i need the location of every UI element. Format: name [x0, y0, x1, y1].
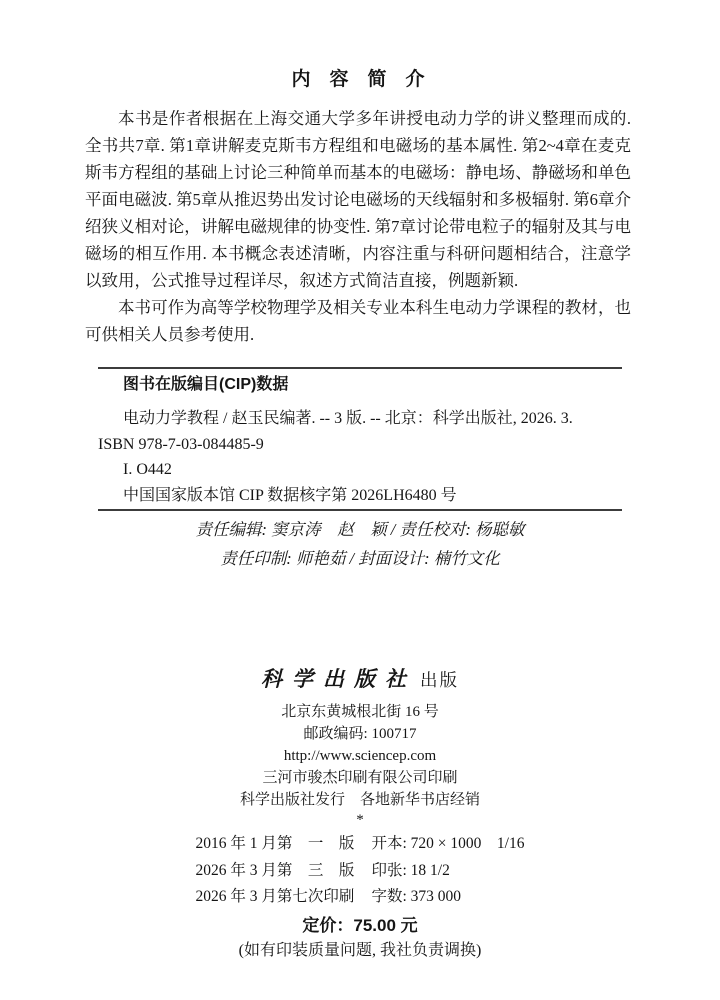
content-summary-paragraph: 本书是作者根据在上海交通大学多年讲授电动力学的讲义整理而成的. 全书共7章. 第…	[85, 105, 631, 294]
staff-credits-line-editors: 责任编辑: 窦京涛 赵 颖 / 责任校对: 杨聪敏	[0, 516, 720, 545]
cip-heading: 图书在版编目(CIP)数据	[98, 375, 622, 395]
colophon-section: 科学出版社 出版 北京东黄城根北街 16 号 邮政编码: 100717 http…	[0, 664, 720, 964]
isbn-number: ISBN 978-7-03-084485-9	[98, 432, 622, 458]
publisher-line: 科学出版社 出版	[0, 664, 720, 697]
edition-spec: 字数: 373 000	[372, 888, 462, 905]
cip-entry: 电动力学教程 / 赵玉民编著. -- 3 版. -- 北京：科学出版社, 202…	[98, 406, 622, 432]
content-summary-title: 内容简介	[85, 64, 631, 91]
star-divider: *	[0, 811, 720, 830]
edition-row: 2026 年 3 月第 三 版印张: 18 1/2	[196, 858, 525, 885]
publisher-logotype: 科学出版社	[261, 667, 416, 691]
distribution-line: 科学出版社发行 各地新华书店经销	[0, 789, 720, 811]
publish-label: 出版	[420, 670, 459, 690]
cip-record-number: 中国国家版本馆 CIP 数据核字第 2026LH6480 号	[98, 483, 622, 509]
price-line: 定价：75.00 元	[0, 913, 720, 938]
staff-credits-line-printing: 责任印制: 师艳茹 / 封面设计: 楠竹文化	[0, 545, 720, 574]
content-summary-paragraph: 本书可作为高等学校物理学及相关专业本科生电动力学课程的教材，也可供相关人员参考使…	[85, 294, 631, 348]
content-summary-section: 内容简介 本书是作者根据在上海交通大学多年讲授电动力学的讲义整理而成的. 全书共…	[85, 64, 631, 348]
quality-notice: (如有印装质量问题, 我社负责调换)	[0, 938, 720, 964]
edition-date: 2016 年 1 月第 一 版	[196, 831, 372, 858]
publisher-address: 北京东黄城根北街 16 号	[0, 701, 720, 723]
horizontal-rule-bottom	[98, 509, 622, 511]
edition-row: 2026 年 3 月第七次印刷字数: 373 000	[196, 884, 525, 911]
edition-table: 2016 年 1 月第 一 版开本: 720 × 1000 1/16 2026 …	[196, 831, 525, 911]
edition-date: 2026 年 3 月第七次印刷	[196, 884, 372, 911]
cip-data-section: 图书在版编目(CIP)数据 电动力学教程 / 赵玉民编著. -- 3 版. --…	[98, 375, 622, 508]
copyright-page: 内容简介 本书是作者根据在上海交通大学多年讲授电动力学的讲义整理而成的. 全书共…	[0, 0, 720, 1000]
edition-spec: 印张: 18 1/2	[372, 862, 450, 879]
publisher-website: http://www.sciencep.com	[0, 745, 720, 767]
publisher-postcode: 邮政编码: 100717	[0, 723, 720, 745]
edition-date: 2026 年 3 月第 三 版	[196, 858, 372, 885]
printer-line: 三河市骏杰印刷有限公司印刷	[0, 767, 720, 789]
edition-spec: 开本: 720 × 1000 1/16	[372, 835, 525, 852]
cip-classification: I. O442	[98, 457, 622, 483]
edition-row: 2016 年 1 月第 一 版开本: 720 × 1000 1/16	[196, 831, 525, 858]
horizontal-rule-top	[98, 367, 622, 369]
staff-credits-section: 责任编辑: 窦京涛 赵 颖 / 责任校对: 杨聪敏 责任印制: 师艳茹 / 封面…	[0, 516, 720, 573]
